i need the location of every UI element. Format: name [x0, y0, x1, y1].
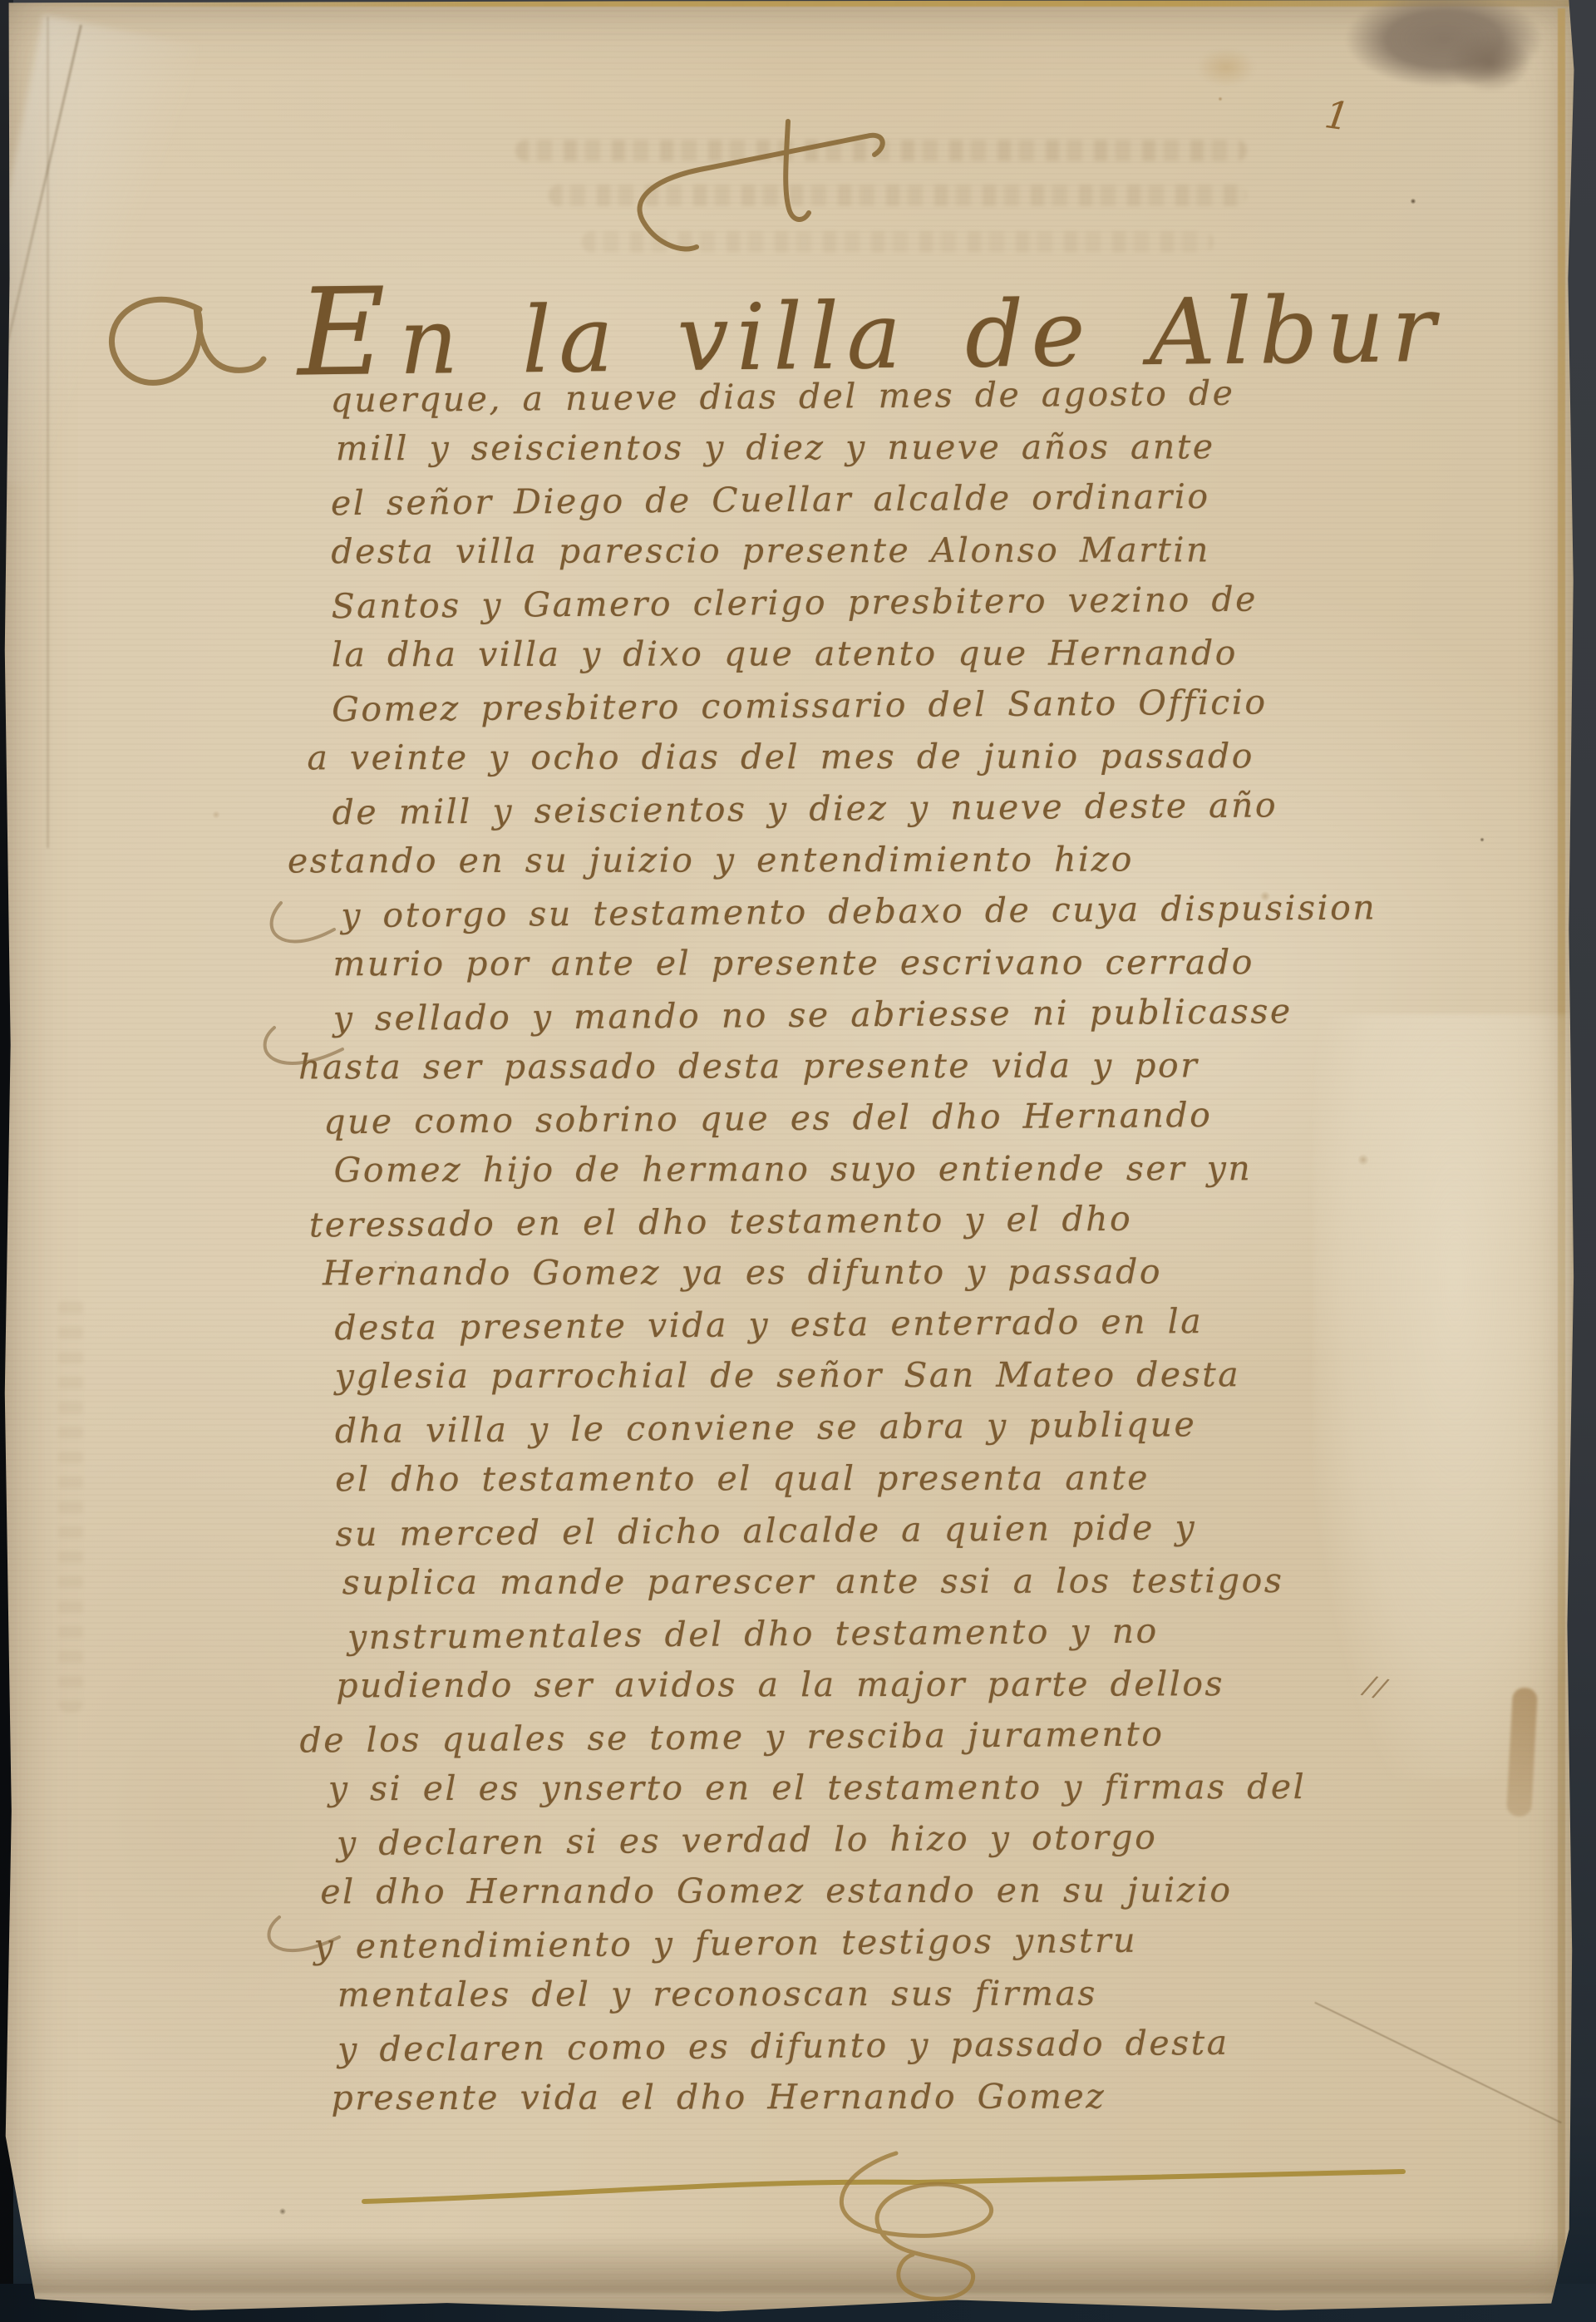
text-line: el dho testamento el qual presenta ante — [335, 1457, 1449, 1511]
text-line: y declaren si es verdad lo hizo y otorgo — [337, 1815, 1451, 1876]
text-line: a veinte y ocho dias del mes de junio pa… — [307, 736, 1446, 790]
text-line: y otorgo su testamento debaxo de cuya di… — [341, 887, 1446, 947]
text-line: teressado en el dho testamento y el dho — [309, 1196, 1448, 1257]
text-line: Gomez hijo de hermano suyo entiende ser … — [334, 1148, 1448, 1202]
text-line: y sellado y mando no se abriesse ni publ… — [333, 990, 1447, 1051]
text-line: hasta ser passado desta presente vida y … — [298, 1045, 1447, 1099]
text-line: y entendimiento y fueron testigos ynstru — [313, 1918, 1451, 1979]
text-line: el dho Hernando Gomez estando en su juiz… — [320, 1870, 1451, 1924]
bottom-edge-shadow — [0, 2235, 1596, 2293]
text-line: desta villa parescio presente Alonso Mar… — [331, 530, 1445, 584]
text-line: su merced el dicho alcalde a quien pide … — [335, 1506, 1449, 1566]
text-line: querque, a nueve dias del mes de agosto … — [330, 372, 1444, 432]
text-line: suplica mande parescer ante ssi a los te… — [342, 1560, 1450, 1615]
text-line: de los quales se tome y resciba jurament… — [299, 1712, 1450, 1772]
text-line: mill y seiscientos y diez y nueve años a… — [336, 426, 1445, 481]
manuscript-page: 1 En la villa de Albur querque, a nueve … — [0, 0, 1596, 2322]
text-line: pudiendo ser avidos a la major parte del… — [336, 1664, 1450, 1718]
text-line: y si el es ynserto en el testamento y fi… — [328, 1767, 1451, 1821]
text-line: presente vida el dho Hernando Gomez — [331, 2076, 1451, 2130]
manuscript-text-block: querque, a nueve dias del mes de agosto … — [330, 373, 1451, 2131]
text-line: que como sobrino que es del dho Hernando — [323, 1093, 1447, 1154]
text-line: de mill y seiscientos y diez y nueve des… — [332, 784, 1446, 845]
text-line: y declaren como es difunto y passado des… — [337, 2021, 1451, 2082]
text-line: dha villa y le conviene se abra y publiq… — [335, 1403, 1449, 1463]
manuscript-scan: 1 En la villa de Albur querque, a nueve … — [0, 0, 1596, 2322]
text-line: ynstrumentales del dho testamento y no — [347, 1609, 1450, 1669]
text-line: la dha villa y dixo que atento que Herna… — [332, 633, 1446, 687]
text-line: desta presente vida y esta enterrado en … — [334, 1299, 1448, 1360]
bleedthrough-ghost-text — [582, 231, 1214, 253]
text-line: Gomez presbitero comissario del Santo Of… — [332, 681, 1446, 742]
text-line: mentales del y reconoscan sus firmas — [337, 1973, 1451, 2027]
text-line: Santos y Gamero clerigo presbitero vezin… — [331, 578, 1445, 638]
text-line: murio por ante el presente escrivano cer… — [332, 942, 1446, 996]
text-line: el señor Diego de Cuellar alcalde ordina… — [331, 475, 1445, 535]
text-line: yglesia parrochial de señor San Mateo de… — [335, 1354, 1449, 1408]
bleedthrough-ghost-column — [58, 1297, 83, 1713]
text-line: estando en su juizio y entendimiento hiz… — [288, 839, 1446, 893]
bleedthrough-ghost-text — [549, 185, 1247, 206]
text-line: Hernando Gomez ya es difunto y passado — [323, 1251, 1448, 1305]
bleedthrough-ghost-text — [515, 140, 1247, 161]
